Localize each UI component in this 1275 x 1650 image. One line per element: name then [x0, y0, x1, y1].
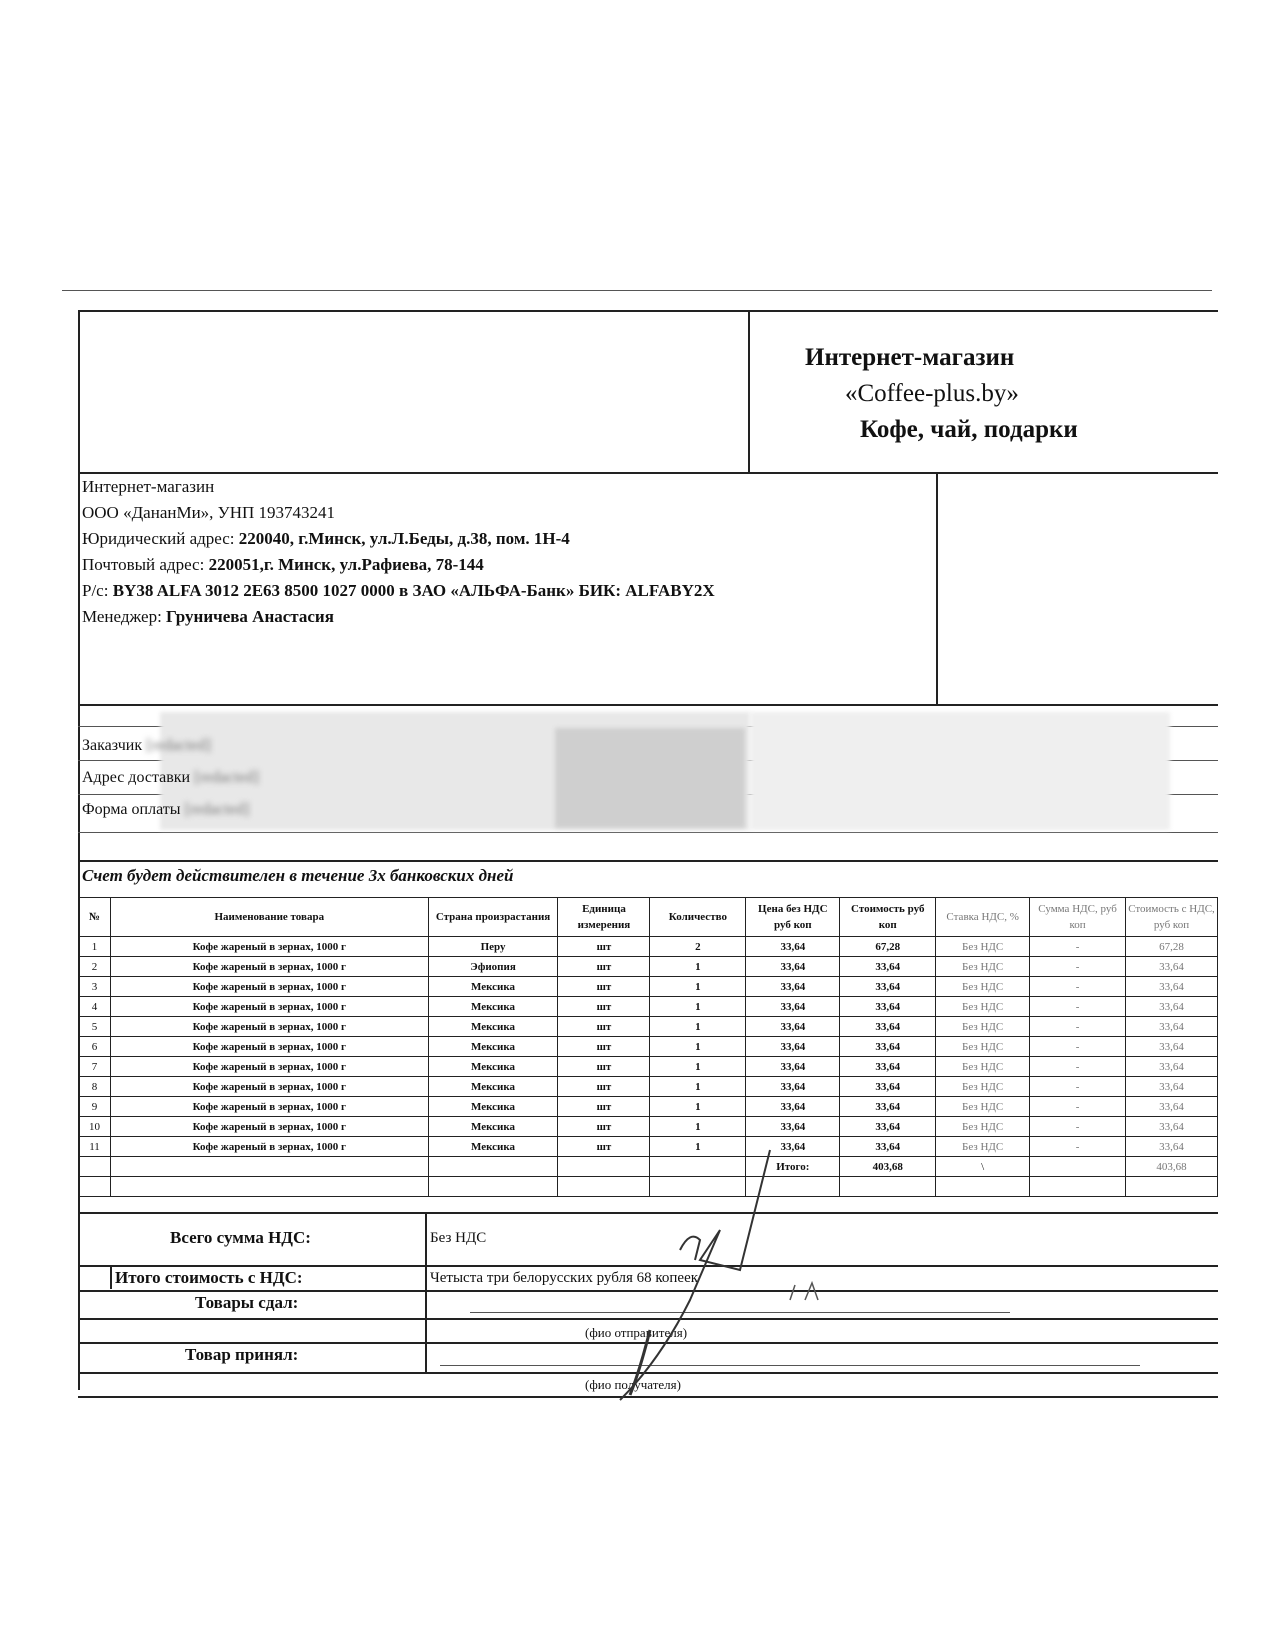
- quantity: 1: [650, 1057, 746, 1077]
- seller-legal-address: Юридический адрес: 220040, г.Минск, ул.Л…: [82, 526, 715, 552]
- vat-sum: -: [1030, 1057, 1126, 1077]
- row-number: 6: [79, 1037, 111, 1057]
- shop-title: Интернет-магазин «Coffee-plus.by» Кофе, …: [800, 340, 1160, 448]
- cost: 33,64: [840, 977, 936, 997]
- items-table: № Наименование товара Страна произрастан…: [78, 897, 1218, 1197]
- vat-rate: Без НДС: [936, 1037, 1030, 1057]
- col-vat-sum: Сумма НДС, руб коп: [1030, 898, 1126, 937]
- redaction-blur: [750, 712, 1170, 830]
- receiver-caption: (фио получателя): [585, 1377, 681, 1393]
- received-label: Товар принял:: [185, 1345, 298, 1365]
- customer-payment-row: Форма оплаты [redacted]: [82, 794, 259, 826]
- table-row: 8Кофе жареный в зернах, 1000 гМексикашт1…: [79, 1077, 1218, 1097]
- seller-postal-address: Почтовый адрес: 220051,г. Минск, ул.Рафи…: [82, 552, 715, 578]
- price-no-vat: 33,64: [746, 1097, 840, 1117]
- country: Мексика: [428, 1117, 558, 1137]
- cost-with-vat: 33,64: [1126, 1017, 1218, 1037]
- customer-details: Заказчик [redacted] Адрес доставки [reda…: [82, 730, 259, 826]
- table-total-row: Итого: 403,68 \ 403,68: [79, 1157, 1218, 1177]
- unit: шт: [558, 1057, 650, 1077]
- col-cost: Стоимость руб коп: [840, 898, 936, 937]
- country: Мексика: [428, 1097, 558, 1117]
- cost-with-vat: 33,64: [1126, 957, 1218, 977]
- country: Мексика: [428, 997, 558, 1017]
- product-name: Кофе жареный в зернах, 1000 г: [110, 1097, 428, 1117]
- sender-caption: (фио отправителя): [585, 1325, 687, 1341]
- quantity: 1: [650, 997, 746, 1017]
- vat-rate: Без НДС: [936, 1057, 1030, 1077]
- total-with-vat: 403,68: [1126, 1157, 1218, 1177]
- cost-with-vat: 33,64: [1126, 1137, 1218, 1157]
- table-row: 11Кофе жареный в зернах, 1000 гМексикашт…: [79, 1137, 1218, 1157]
- totals-line: [78, 1342, 1218, 1344]
- header-top-border: [78, 310, 1218, 312]
- cost: 33,64: [840, 1137, 936, 1157]
- country: Мексика: [428, 1057, 558, 1077]
- shop-title-line3: Кофе, чай, подарки: [800, 412, 1160, 448]
- row-number: 5: [79, 1017, 111, 1037]
- cost-with-vat: 33,64: [1126, 1057, 1218, 1077]
- price-no-vat: 33,64: [746, 1117, 840, 1137]
- price-no-vat: 33,64: [746, 1037, 840, 1057]
- unit: шт: [558, 1017, 650, 1037]
- cost: 33,64: [840, 1057, 936, 1077]
- product-name: Кофе жареный в зернах, 1000 г: [110, 1037, 428, 1057]
- cost: 33,64: [840, 997, 936, 1017]
- unit: шт: [558, 937, 650, 957]
- row-number: 2: [79, 957, 111, 977]
- vat-sum: -: [1030, 957, 1126, 977]
- country: Перу: [428, 937, 558, 957]
- vat-sum: -: [1030, 937, 1126, 957]
- seller-bank-account: Р/с: BY38 ALFA 3012 2E63 8500 1027 0000 …: [82, 578, 715, 604]
- price-no-vat: 33,64: [746, 997, 840, 1017]
- vat-rate: Без НДС: [936, 1097, 1030, 1117]
- quantity: 1: [650, 1117, 746, 1137]
- vat-rate: Без НДС: [936, 1017, 1030, 1037]
- customer-top-border: [78, 704, 1218, 706]
- col-cost-with-vat: Стоимость с НДС, руб коп: [1126, 898, 1218, 937]
- price-no-vat: 33,64: [746, 957, 840, 977]
- table-row: 3Кофе жареный в зернах, 1000 гМексикашт1…: [79, 977, 1218, 997]
- cost: 33,64: [840, 1037, 936, 1057]
- seller-details: Интернет-магазин ООО «ДананМи», УНП 1937…: [82, 474, 715, 630]
- cost: 33,64: [840, 1117, 936, 1137]
- vat-sum: -: [1030, 1117, 1126, 1137]
- header-divider: [748, 310, 750, 472]
- customer-name-row: Заказчик [redacted]: [82, 730, 259, 762]
- cost: 33,64: [840, 1017, 936, 1037]
- col-vat-rate: Ставка НДС, %: [936, 898, 1030, 937]
- customer-address-row: Адрес доставки [redacted]: [82, 762, 259, 794]
- unit: шт: [558, 997, 650, 1017]
- sender-signature-line: [470, 1312, 1010, 1313]
- vat-rate: Без НДС: [936, 997, 1030, 1017]
- price-no-vat: 33,64: [746, 977, 840, 997]
- cost: 33,64: [840, 1077, 936, 1097]
- row-number: 11: [79, 1137, 111, 1157]
- table-row: 6Кофе жареный в зернах, 1000 гМексикашт1…: [79, 1037, 1218, 1057]
- table-row: 4Кофе жареный в зернах, 1000 гМексикашт1…: [79, 997, 1218, 1017]
- vat-sum: -: [1030, 1097, 1126, 1117]
- col-unit: Единица измерения: [558, 898, 650, 937]
- scan-artifact: [245, 140, 335, 230]
- bottom-border: [78, 1396, 1218, 1398]
- shop-title-line2: «Coffee-plus.by»: [800, 376, 1160, 412]
- unit: шт: [558, 977, 650, 997]
- row-number: 4: [79, 997, 111, 1017]
- totals-line: [78, 1212, 1218, 1214]
- table-row: 5Кофе жареный в зернах, 1000 гМексикашт1…: [79, 1017, 1218, 1037]
- product-name: Кофе жареный в зернах, 1000 г: [110, 1117, 428, 1137]
- product-name: Кофе жареный в зернах, 1000 г: [110, 1077, 428, 1097]
- customer-row-line: [78, 832, 1218, 833]
- totals-line: [78, 1290, 1218, 1292]
- totals-line: [78, 1265, 1218, 1267]
- vat-sum: -: [1030, 1077, 1126, 1097]
- vat-sum: -: [1030, 1037, 1126, 1057]
- table-row: 1Кофе жареный в зернах, 1000 гПерушт233,…: [79, 937, 1218, 957]
- total-with-vat-label: Итого стоимость с НДС:: [115, 1268, 303, 1288]
- redaction-blur: [555, 728, 745, 828]
- price-no-vat: 33,64: [746, 1017, 840, 1037]
- vat-sum-label: Всего сумма НДС:: [170, 1228, 311, 1248]
- total-vat-rate: \: [936, 1157, 1030, 1177]
- unit: шт: [558, 1137, 650, 1157]
- unit: шт: [558, 1117, 650, 1137]
- product-name: Кофе жареный в зернах, 1000 г: [110, 937, 428, 957]
- top-rule: [62, 290, 1212, 291]
- col-price-no-vat: Цена без НДС руб коп: [746, 898, 840, 937]
- seller-manager: Менеджер: Груничева Анастасия: [82, 604, 715, 630]
- delivered-label: Товары сдал:: [195, 1293, 298, 1313]
- quantity: 2: [650, 937, 746, 957]
- table-row: 10Кофе жареный в зернах, 1000 гМексикашт…: [79, 1117, 1218, 1137]
- vat-rate: Без НДС: [936, 957, 1030, 977]
- cost-with-vat: 33,64: [1126, 1097, 1218, 1117]
- total-label: Итого:: [746, 1157, 840, 1177]
- seller-line1: Интернет-магазин: [82, 474, 715, 500]
- col-product-name: Наименование товара: [110, 898, 428, 937]
- price-no-vat: 33,64: [746, 1077, 840, 1097]
- totals-inner-divider: [110, 1265, 112, 1289]
- total-with-vat-words: Четыста три белорусских рубля 68 копеек: [430, 1270, 698, 1287]
- table-row: 9Кофе жареный в зернах, 1000 гМексикашт1…: [79, 1097, 1218, 1117]
- seller-line2: ООО «ДананМи», УНП 193743241: [82, 500, 715, 526]
- vat-sum: -: [1030, 1137, 1126, 1157]
- product-name: Кофе жареный в зернах, 1000 г: [110, 1137, 428, 1157]
- quantity: 1: [650, 1097, 746, 1117]
- row-number: 9: [79, 1097, 111, 1117]
- price-no-vat: 33,64: [746, 937, 840, 957]
- country: Мексика: [428, 1077, 558, 1097]
- validity-notice: Счет будет действителен в течение 3х бан…: [82, 866, 513, 886]
- product-name: Кофе жареный в зернах, 1000 г: [110, 957, 428, 977]
- totals-divider: [425, 1212, 427, 1372]
- cost-with-vat: 33,64: [1126, 977, 1218, 997]
- cost-with-vat: 33,64: [1126, 1037, 1218, 1057]
- price-no-vat: 33,64: [746, 1137, 840, 1157]
- product-name: Кофе жареный в зернах, 1000 г: [110, 977, 428, 997]
- vat-sum-value: Без НДС: [430, 1230, 486, 1247]
- quantity: 1: [650, 1017, 746, 1037]
- vat-rate: Без НДС: [936, 1117, 1030, 1137]
- table-header-row: № Наименование товара Страна произрастан…: [79, 898, 1218, 937]
- country: Эфиопия: [428, 957, 558, 977]
- cost: 33,64: [840, 957, 936, 977]
- totals-line: [78, 1318, 1218, 1320]
- vat-rate: Без НДС: [936, 937, 1030, 957]
- vat-sum: -: [1030, 1017, 1126, 1037]
- product-name: Кофе жареный в зернах, 1000 г: [110, 1017, 428, 1037]
- quantity: 1: [650, 977, 746, 997]
- table-row: 7Кофе жареный в зернах, 1000 гМексикашт1…: [79, 1057, 1218, 1077]
- table-row: 2Кофе жареный в зернах, 1000 гЭфиопияшт1…: [79, 957, 1218, 977]
- row-number: 3: [79, 977, 111, 997]
- receiver-signature-line: [440, 1365, 1140, 1366]
- total-cost: 403,68: [840, 1157, 936, 1177]
- unit: шт: [558, 1077, 650, 1097]
- country: Мексика: [428, 1017, 558, 1037]
- col-country: Страна произрастания: [428, 898, 558, 937]
- product-name: Кофе жареный в зернах, 1000 г: [110, 997, 428, 1017]
- shop-title-line1: Интернет-магазин: [800, 340, 1160, 376]
- price-no-vat: 33,64: [746, 1057, 840, 1077]
- quantity: 1: [650, 1037, 746, 1057]
- unit: шт: [558, 1037, 650, 1057]
- cost-with-vat: 33,64: [1126, 997, 1218, 1017]
- product-name: Кофе жареный в зернах, 1000 г: [110, 1057, 428, 1077]
- quantity: 1: [650, 1137, 746, 1157]
- col-quantity: Количество: [650, 898, 746, 937]
- totals-line: [78, 1372, 1218, 1374]
- vat-rate: Без НДС: [936, 1137, 1030, 1157]
- table-empty-row: [79, 1177, 1218, 1197]
- country: Мексика: [428, 1137, 558, 1157]
- col-number: №: [79, 898, 111, 937]
- seller-divider: [936, 474, 938, 704]
- cost-with-vat: 67,28: [1126, 937, 1218, 957]
- vat-rate: Без НДС: [936, 977, 1030, 997]
- cost: 67,28: [840, 937, 936, 957]
- row-number: 7: [79, 1057, 111, 1077]
- vat-sum: -: [1030, 997, 1126, 1017]
- unit: шт: [558, 1097, 650, 1117]
- cost: 33,64: [840, 1097, 936, 1117]
- cost-with-vat: 33,64: [1126, 1077, 1218, 1097]
- row-number: 1: [79, 937, 111, 957]
- vat-sum: -: [1030, 977, 1126, 997]
- unit: шт: [558, 957, 650, 977]
- vat-rate: Без НДС: [936, 1077, 1030, 1097]
- country: Мексика: [428, 1037, 558, 1057]
- row-number: 8: [79, 1077, 111, 1097]
- cost-with-vat: 33,64: [1126, 1117, 1218, 1137]
- row-number: 10: [79, 1117, 111, 1137]
- quantity: 1: [650, 1077, 746, 1097]
- notice-top-border: [78, 860, 1218, 862]
- quantity: 1: [650, 957, 746, 977]
- country: Мексика: [428, 977, 558, 997]
